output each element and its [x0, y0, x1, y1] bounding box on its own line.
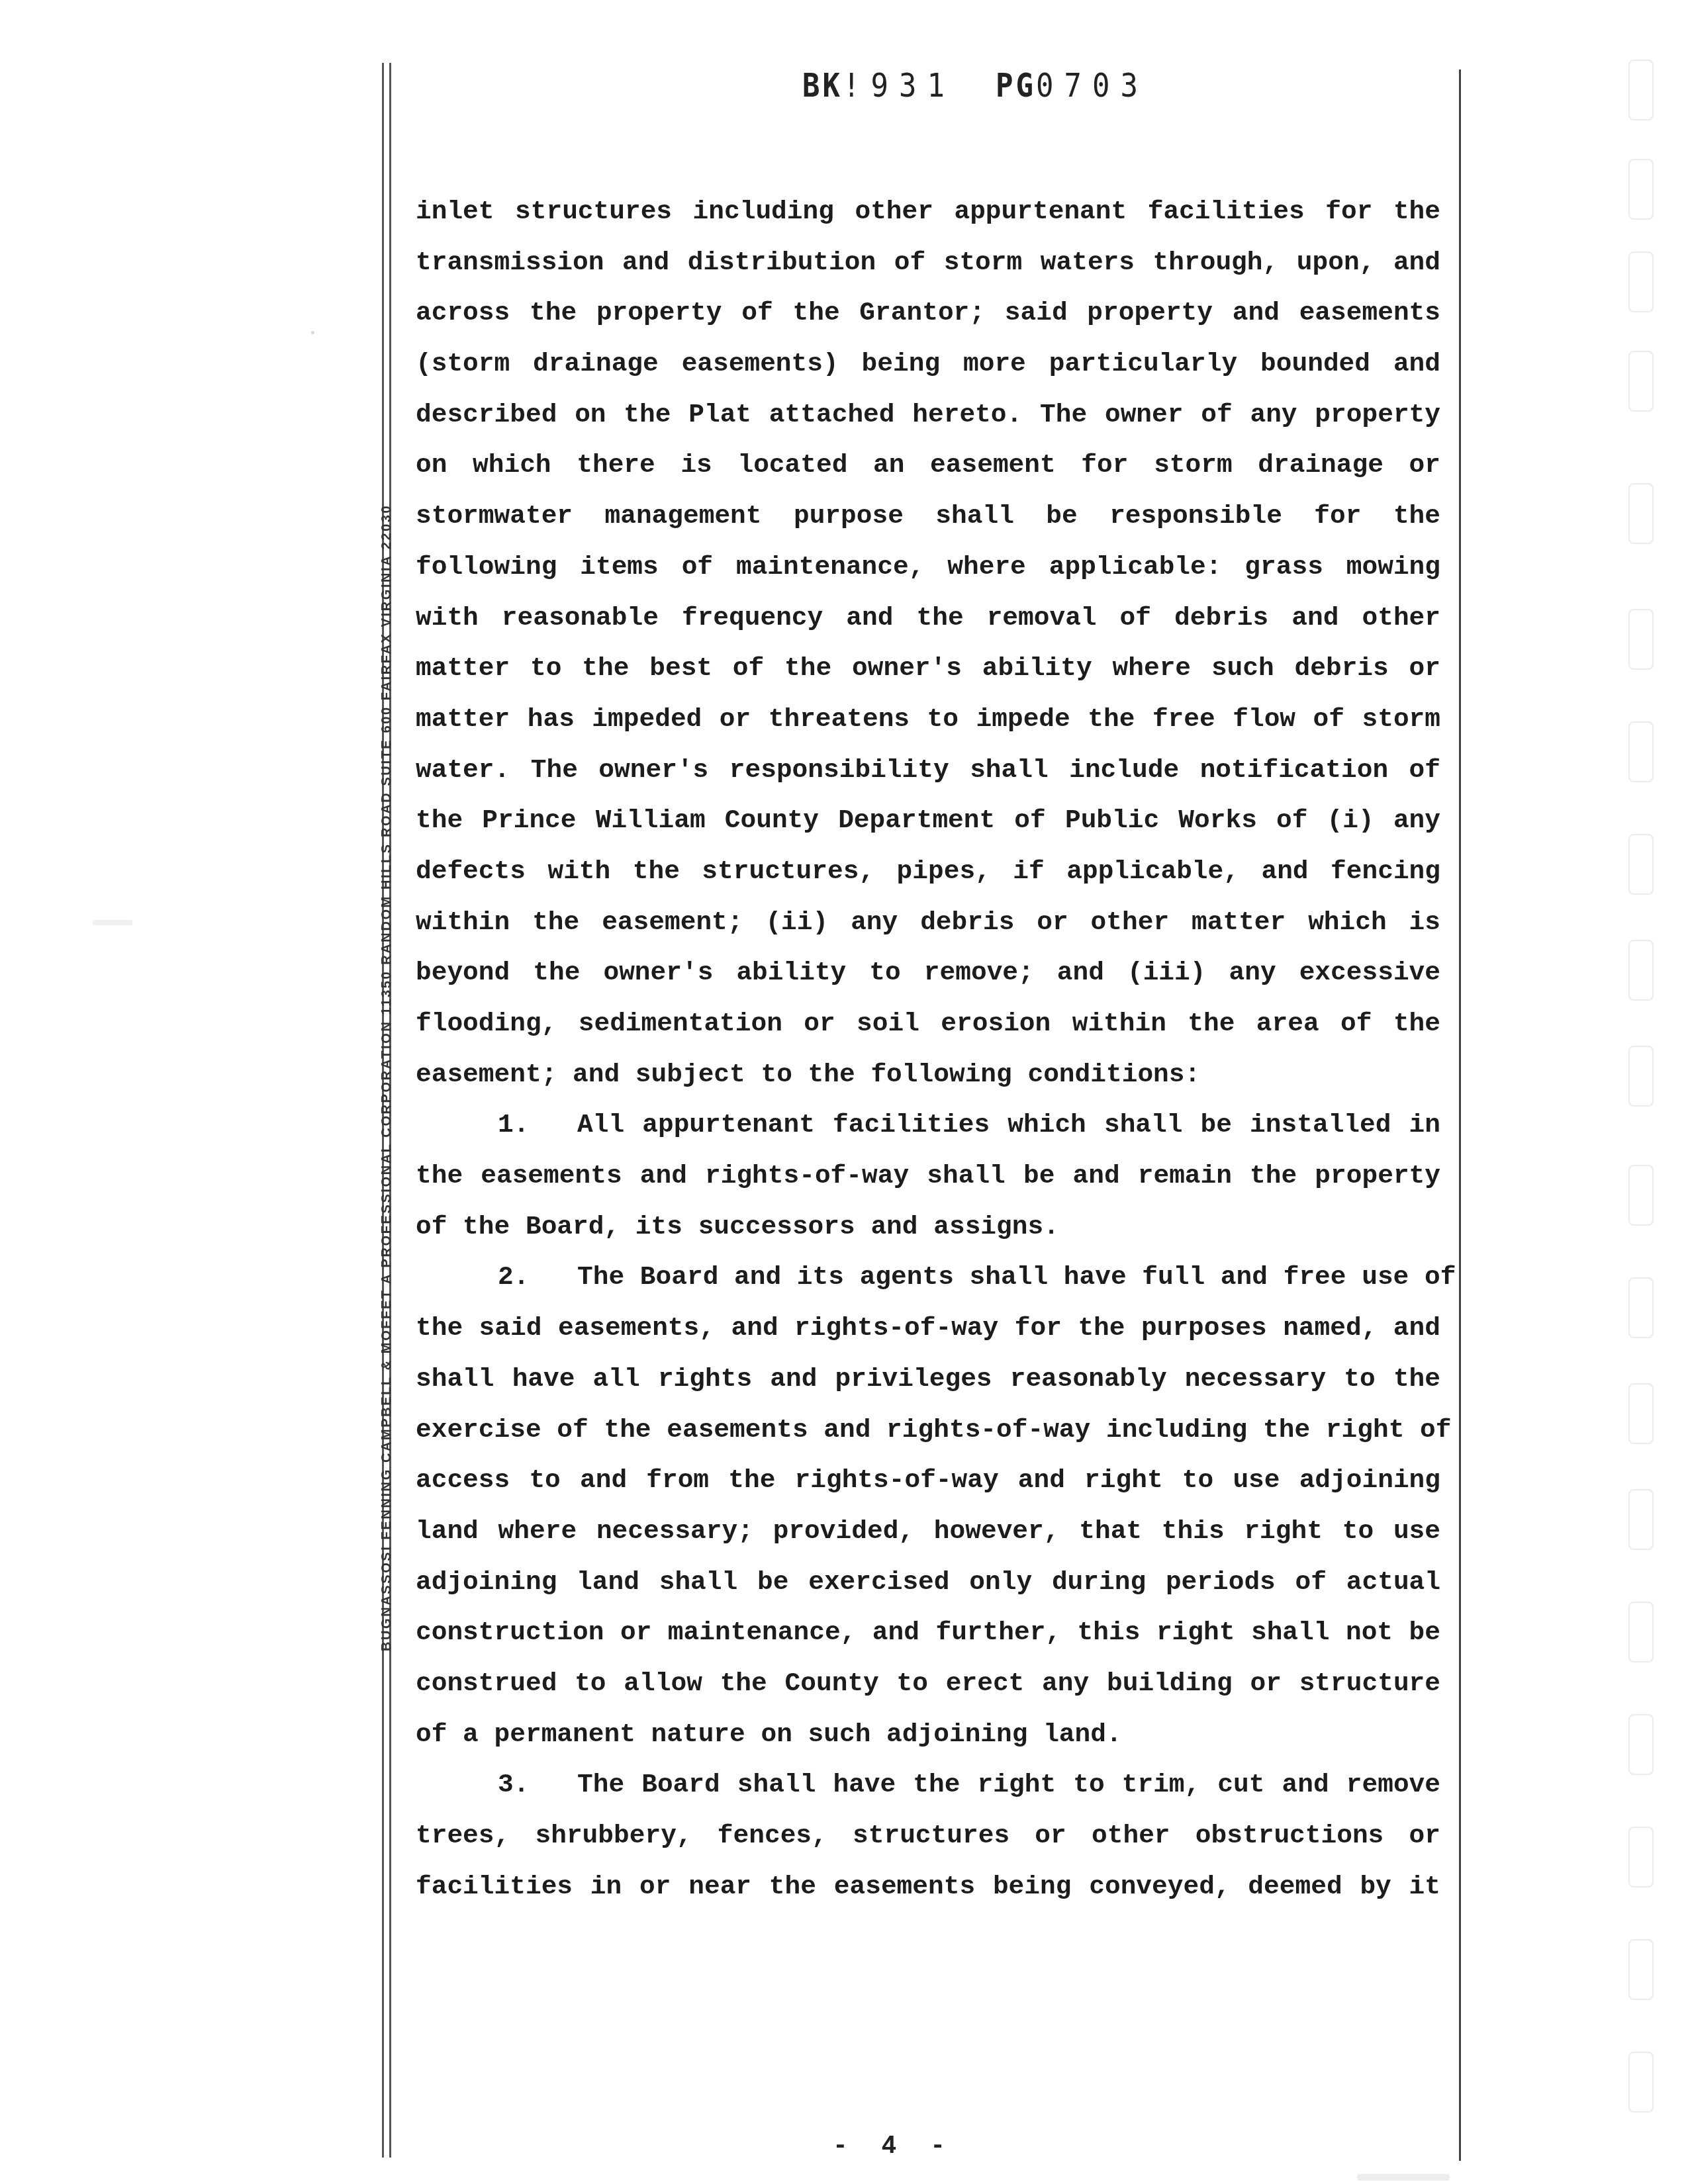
law-firm-margin-imprint: BUGNASSOSI FENNING CAMPBELL & MOFFET A P… [379, 619, 395, 1651]
line-text: flooding, sedimentation or soil erosion … [416, 1009, 1440, 1038]
text-line: within the easement; (ii) any debris or … [416, 904, 1440, 955]
text-line: matter to the best of the owner's abilit… [416, 650, 1440, 701]
text-line: flooding, sedimentation or soil erosion … [416, 1005, 1440, 1056]
ghost-mark [1628, 2052, 1654, 2113]
text-line: shall have all rights and privileges rea… [416, 1361, 1440, 1412]
line-text: of the Board, its successors and assigns… [416, 1212, 1059, 1242]
page-label: PG [996, 66, 1036, 105]
book-number: !931 [843, 66, 955, 105]
text-line: across the property of the Grantor; said… [416, 295, 1440, 345]
line-text: easement; and subject to the following c… [416, 1060, 1200, 1089]
ghost-mark [1628, 834, 1654, 895]
text-line: adjoining land shall be exercised only d… [416, 1564, 1440, 1615]
ghost-mark [1628, 1939, 1654, 2000]
line-text: the said easements, and rights-of-way fo… [416, 1313, 1440, 1343]
line-text: matter to the best of the owner's abilit… [416, 653, 1440, 683]
binder-hole-ghosts [1628, 60, 1655, 2164]
text-line: the easements and rights-of-way shall be… [416, 1158, 1440, 1208]
line-text: The Board and its agents shall have full… [577, 1262, 1456, 1292]
line-text: (storm drainage easements) being more pa… [416, 349, 1440, 379]
scanned-page: BK!931 PG0703 BUGNASSOSI FENNING CAMPBEL… [0, 0, 1688, 2184]
text-line: the Prince William County Department of … [416, 802, 1440, 853]
page-number: - 4 - [794, 2132, 993, 2161]
line-text: construed to allow the County to erect a… [416, 1668, 1440, 1698]
right-margin-rule [1459, 69, 1461, 2161]
ghost-mark [1628, 251, 1654, 312]
ghost-mark [1628, 1383, 1654, 1444]
numbered-paragraph-line: 3.The Board shall have the right to trim… [416, 1766, 1440, 1817]
ghost-mark [1628, 60, 1654, 120]
text-line: construction or maintenance, and further… [416, 1614, 1440, 1665]
text-line: described on the Plat attached hereto. T… [416, 396, 1440, 447]
book-label: BK [802, 66, 843, 105]
text-line: trees, shrubbery, fences, structures or … [416, 1817, 1440, 1868]
text-line: with reasonable frequency and the remova… [416, 600, 1440, 651]
ghost-mark [1628, 1827, 1654, 1888]
line-text: on which there is located an easement fo… [416, 450, 1440, 480]
scan-artifact [1357, 2174, 1450, 2181]
line-text: access to and from the rights-of-way and… [416, 1465, 1440, 1495]
text-line: transmission and distribution of storm w… [416, 244, 1440, 295]
deed-body-text: inlet structures including other appurte… [416, 193, 1440, 1919]
line-text: stormwater management purpose shall be r… [416, 501, 1440, 531]
text-line: the said easements, and rights-of-way fo… [416, 1310, 1440, 1361]
line-text: land where necessary; provided, however,… [416, 1516, 1440, 1546]
scan-artifact [311, 331, 314, 334]
numbered-paragraph-line: 1.All appurtenant facilities which shall… [416, 1107, 1440, 1158]
text-line: beyond the owner's ability to remove; an… [416, 954, 1440, 1005]
text-line: easement; and subject to the following c… [416, 1056, 1440, 1107]
text-line: (storm drainage easements) being more pa… [416, 345, 1440, 396]
text-line: of the Board, its successors and assigns… [416, 1208, 1440, 1259]
line-text: defects with the structures, pipes, if a… [416, 856, 1440, 886]
text-line: construed to allow the County to erect a… [416, 1665, 1440, 1716]
ghost-mark [1628, 1489, 1654, 1550]
text-line: inlet structures including other appurte… [416, 193, 1440, 244]
ghost-mark [1628, 159, 1654, 220]
line-text: exercise of the easements and rights-of-… [416, 1415, 1451, 1445]
ghost-mark [1628, 609, 1654, 670]
text-line: land where necessary; provided, however,… [416, 1513, 1440, 1564]
ghost-mark [1628, 1277, 1654, 1338]
line-text: across the property of the Grantor; said… [416, 298, 1440, 328]
text-line: following items of maintenance, where ap… [416, 549, 1440, 600]
line-text: water. The owner's responsibility shall … [416, 755, 1440, 785]
recording-stamp: BK!931 PG0703 [802, 66, 1149, 105]
line-text: of a permanent nature on such adjoining … [416, 1719, 1122, 1749]
ghost-mark [1628, 940, 1654, 1001]
text-line: on which there is located an easement fo… [416, 447, 1440, 498]
line-text: adjoining land shall be exercised only d… [416, 1567, 1440, 1597]
text-line: defects with the structures, pipes, if a… [416, 853, 1440, 904]
numbered-paragraph-line: 2.The Board and its agents shall have fu… [416, 1259, 1440, 1310]
text-line: exercise of the easements and rights-of-… [416, 1412, 1440, 1463]
ghost-mark [1628, 1714, 1654, 1775]
line-text: following items of maintenance, where ap… [416, 552, 1440, 582]
recorded-page-number: 0703 [1036, 66, 1149, 105]
line-text: the easements and rights-of-way shall be… [416, 1161, 1440, 1191]
line-text: within the easement; (ii) any debris or … [416, 907, 1440, 937]
line-text: described on the Plat attached hereto. T… [416, 400, 1440, 430]
ghost-mark [1628, 351, 1654, 412]
paragraph-number: 1. [498, 1107, 577, 1144]
paragraph-number: 2. [498, 1259, 577, 1296]
line-text: shall have all rights and privileges rea… [416, 1364, 1440, 1394]
line-text: construction or maintenance, and further… [416, 1617, 1440, 1647]
line-text: inlet structures including other appurte… [416, 197, 1440, 226]
line-text: The Board shall have the right to trim, … [577, 1770, 1440, 1799]
text-line: water. The owner's responsibility shall … [416, 752, 1440, 803]
line-text: All appurtenant facilities which shall b… [577, 1110, 1440, 1140]
text-line: facilities in or near the easements bein… [416, 1868, 1440, 1919]
text-line: matter has impeded or threatens to imped… [416, 701, 1440, 752]
line-text: trees, shrubbery, fences, structures or … [416, 1821, 1440, 1850]
text-line: access to and from the rights-of-way and… [416, 1462, 1440, 1513]
scan-artifact [93, 920, 132, 925]
text-line: of a permanent nature on such adjoining … [416, 1716, 1440, 1767]
line-text: beyond the owner's ability to remove; an… [416, 958, 1440, 987]
ghost-mark [1628, 1046, 1654, 1107]
line-text: with reasonable frequency and the remova… [416, 603, 1440, 633]
ghost-mark [1628, 1602, 1654, 1662]
ghost-mark [1628, 721, 1654, 782]
paragraph-number: 3. [498, 1766, 577, 1803]
ghost-mark [1628, 483, 1654, 544]
line-text: facilities in or near the easements bein… [416, 1872, 1440, 1901]
line-text: transmission and distribution of storm w… [416, 248, 1440, 277]
text-line: stormwater management purpose shall be r… [416, 498, 1440, 549]
line-text: the Prince William County Department of … [416, 805, 1440, 835]
line-text: matter has impeded or threatens to imped… [416, 704, 1440, 734]
ghost-mark [1628, 1165, 1654, 1226]
